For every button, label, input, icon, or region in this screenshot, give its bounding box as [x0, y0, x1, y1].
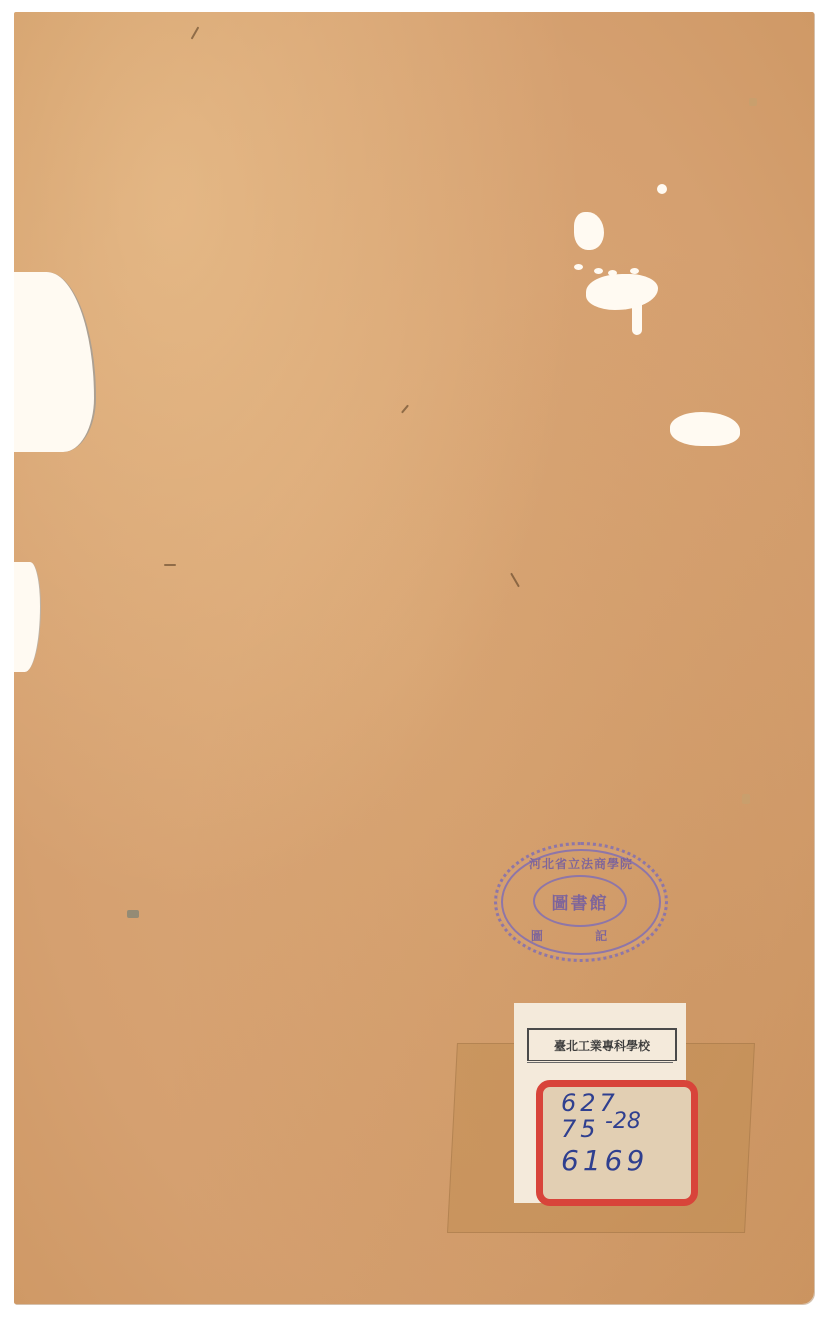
paper-damage-hole	[14, 272, 96, 452]
paper-damage-hole	[608, 270, 617, 276]
paper-damage-hole	[670, 412, 740, 446]
paper-damage-hole	[14, 562, 41, 672]
call-number-line-3: 6169	[561, 1149, 648, 1173]
stamp-bottom-text: 圖 記	[497, 927, 665, 944]
paper-fiber	[510, 573, 520, 588]
paper-damage-hole	[630, 268, 639, 274]
call-number-line-2-suffix: -28	[605, 1109, 641, 1134]
call-number-box: 627 75 -28 6169	[536, 1080, 698, 1206]
label-header-school-name: 臺北工業專科學校	[527, 1028, 677, 1061]
paper-damage-hole	[586, 274, 658, 310]
library-ownership-stamp: 河北省立法商學院 圖書館 圖 記	[494, 842, 668, 962]
paper-damage-hole	[632, 297, 642, 335]
paper-damage-hole	[594, 268, 603, 274]
paper-damage-hole	[657, 184, 667, 194]
paper-fiber	[164, 564, 176, 566]
stamp-center-text: 圖書館	[533, 875, 627, 927]
paper-damage-hole	[574, 212, 604, 250]
paper-fiber	[401, 405, 409, 414]
paper-damage-hole	[574, 264, 583, 270]
paper-speck	[742, 794, 750, 804]
paper-speck	[749, 98, 757, 106]
paper-fiber	[191, 26, 200, 39]
stamp-outer-text: 河北省立法商學院	[505, 855, 657, 872]
paper-speck	[127, 910, 139, 918]
call-number-line-2: 75	[561, 1117, 600, 1141]
label-divider	[527, 1062, 673, 1063]
